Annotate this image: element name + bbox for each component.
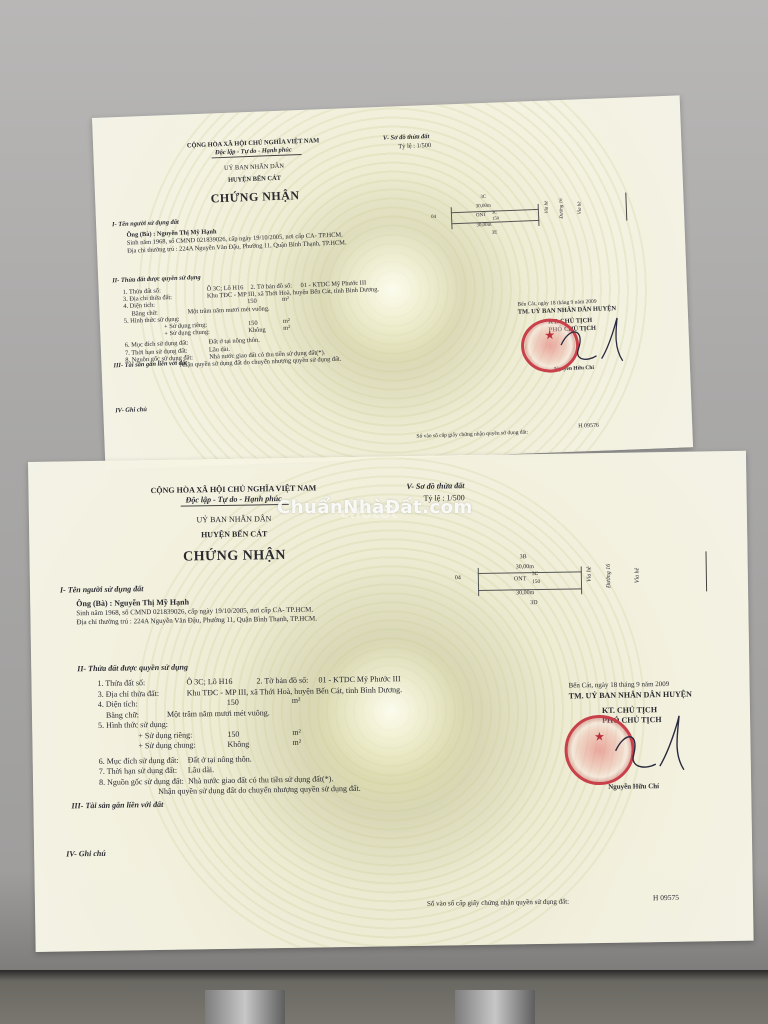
registry-label: Số vào sổ cấp giấy chứng nhận quyền sử d… bbox=[416, 429, 528, 439]
north-arrow bbox=[625, 193, 627, 221]
field-label: + Sử dụng chung: bbox=[138, 740, 195, 750]
field-label: 4. Diện tích: bbox=[98, 699, 138, 709]
field-label: 5. Hình thức sử dụng: bbox=[98, 720, 168, 730]
section-map-heading: V- Sơ đồ thửa đất bbox=[406, 481, 464, 491]
neighbor-left: 04 bbox=[455, 575, 461, 581]
road-label: Đường 16 bbox=[606, 564, 612, 588]
plot-id: 3C bbox=[532, 571, 539, 577]
section-map-heading: V- Sơ đồ thửa đất bbox=[383, 133, 430, 142]
field-value: Nhà nước giao đất có thu tiền sử dụng đấ… bbox=[188, 774, 333, 785]
field-unit: m² bbox=[282, 296, 289, 303]
field-unit: m² bbox=[292, 727, 301, 736]
sidewalk-label: Vỉa hè bbox=[634, 568, 640, 584]
field-label: + Sử dụng chung: bbox=[164, 329, 210, 338]
section-land-heading: II- Thửa đất được quyền sử dụng bbox=[112, 274, 201, 284]
north-arrow bbox=[705, 551, 707, 591]
field-value: Đất ở tại nông thôn. bbox=[188, 754, 252, 764]
field-label: Bằng chữ: bbox=[106, 710, 139, 720]
field-value: Nhận quyền sử dụng đất do chuyển nhượng … bbox=[158, 784, 361, 796]
neighbor-bottom: 3D bbox=[530, 600, 537, 606]
top-length: 30,00m bbox=[476, 204, 491, 210]
plot-code: ONT bbox=[476, 213, 486, 218]
map-scale: Tỷ lệ : 1/500 bbox=[398, 142, 431, 150]
watermark-logo: ChuẩnNhàĐất.com bbox=[277, 497, 473, 518]
certificate-title: CHỨNG NHẬN bbox=[135, 185, 375, 209]
field-label: 7. Thời hạn sử dụng đất: bbox=[99, 766, 177, 776]
place-date: Bến Cát, ngày 18 tháng 9 năm 2009 bbox=[569, 680, 670, 690]
land-plot-diagram bbox=[478, 571, 582, 591]
field-value: Ô 3C; Lô H16 bbox=[186, 677, 232, 687]
field-value: Lâu dài. bbox=[188, 765, 214, 774]
section-owner-heading: I- Tên người sử dụng đất bbox=[112, 219, 179, 229]
sidewalk-label: Vỉa hè bbox=[544, 201, 549, 214]
plot-id: 3C bbox=[492, 210, 497, 215]
floor-background bbox=[0, 970, 768, 1024]
section-assets-heading: III- Tài sản gắn liền với đất bbox=[71, 800, 163, 810]
plot-area: 150 bbox=[492, 215, 499, 220]
section-notes-heading: IV- Ghi chú bbox=[66, 849, 106, 859]
field-value: Đất ở tại nông thôn. bbox=[209, 337, 260, 346]
map-sheet-label: 2. Tờ bản đồ số: bbox=[256, 676, 308, 686]
field-value: 150 bbox=[227, 698, 239, 707]
top-length: 30,00m bbox=[516, 564, 534, 570]
bottom-length: 30,00m bbox=[476, 223, 491, 229]
field-value: 150 bbox=[227, 729, 239, 738]
field-value: Không bbox=[227, 740, 249, 749]
district-name: HUYỆN BẾN CÁT bbox=[89, 527, 379, 541]
land-certificate-h09575: CỘNG HÒA XÃ HỘI CHỦ NGHĨA VIỆT NAM Độc l… bbox=[28, 451, 754, 952]
field-label: 3. Địa chỉ thửa đất: bbox=[98, 688, 160, 698]
field-unit: m² bbox=[292, 738, 301, 747]
field-unit: m² bbox=[283, 318, 290, 325]
neighbor-left: 04 bbox=[431, 215, 436, 220]
neighbor-bottom: 3E bbox=[492, 231, 498, 236]
land-certificate-h09576: CỘNG HÒA XÃ HỘI CHỦ NGHĨA VIỆT NAM Độc l… bbox=[92, 95, 693, 469]
certificate-title: CHỨNG NHẬN bbox=[89, 546, 379, 567]
field-label: 8. Nguồn gốc sử dụng đất: bbox=[99, 776, 184, 786]
plot-area: 150 bbox=[532, 579, 540, 585]
sidewalk-label: Vỉa hè bbox=[578, 201, 583, 214]
section-land-heading: II- Thửa đất được quyền sử dụng bbox=[77, 663, 188, 674]
field-value: Một trăm năm mươi mét vuông. bbox=[187, 305, 269, 315]
field-value: Không bbox=[248, 327, 266, 335]
road-label: Đường 16 bbox=[559, 198, 565, 218]
registry-number: H 09575 bbox=[653, 893, 679, 902]
owner-name: Ông (Bà) : Nguyễn Thị Mỹ Hạnh bbox=[76, 597, 189, 608]
on-behalf: TM. UỶ BAN NHÂN DÂN HUYỆN bbox=[569, 690, 692, 701]
section-owner-heading: I- Tên người sử dụng đất bbox=[60, 584, 144, 594]
section-notes-heading: IV- Ghi chú bbox=[115, 406, 147, 414]
field-label: 1. Thửa đất số: bbox=[97, 678, 145, 688]
sidewalk-label: Vỉa hè bbox=[586, 566, 592, 582]
field-unit: m² bbox=[292, 696, 301, 705]
registry-label: Số vào sổ cấp giấy chứng nhận quyền sử d… bbox=[427, 898, 569, 908]
field-label: + Sử dụng riêng: bbox=[138, 730, 192, 740]
chair-leg bbox=[205, 990, 285, 1024]
field-value: Một trăm năm mươi mét vuông. bbox=[167, 708, 270, 719]
registry-number: H 09576 bbox=[578, 423, 599, 430]
neighbor-top: 3B bbox=[520, 554, 527, 560]
handwritten-signature bbox=[555, 313, 627, 371]
chair-leg bbox=[455, 990, 535, 1024]
field-unit: m² bbox=[283, 325, 290, 332]
bottom-length: 30,00m bbox=[516, 590, 534, 596]
signer-name: Nguyễn Hữu Chí bbox=[608, 782, 659, 791]
field-label: 6. Mục đích sử dụng đất: bbox=[99, 755, 179, 765]
map-sheet-value: 01 - KTDC Mỹ Phước III bbox=[318, 674, 400, 684]
handwritten-signature bbox=[607, 710, 688, 781]
plot-code: ONT bbox=[514, 576, 526, 582]
neighbor-top: 3C bbox=[480, 195, 486, 200]
